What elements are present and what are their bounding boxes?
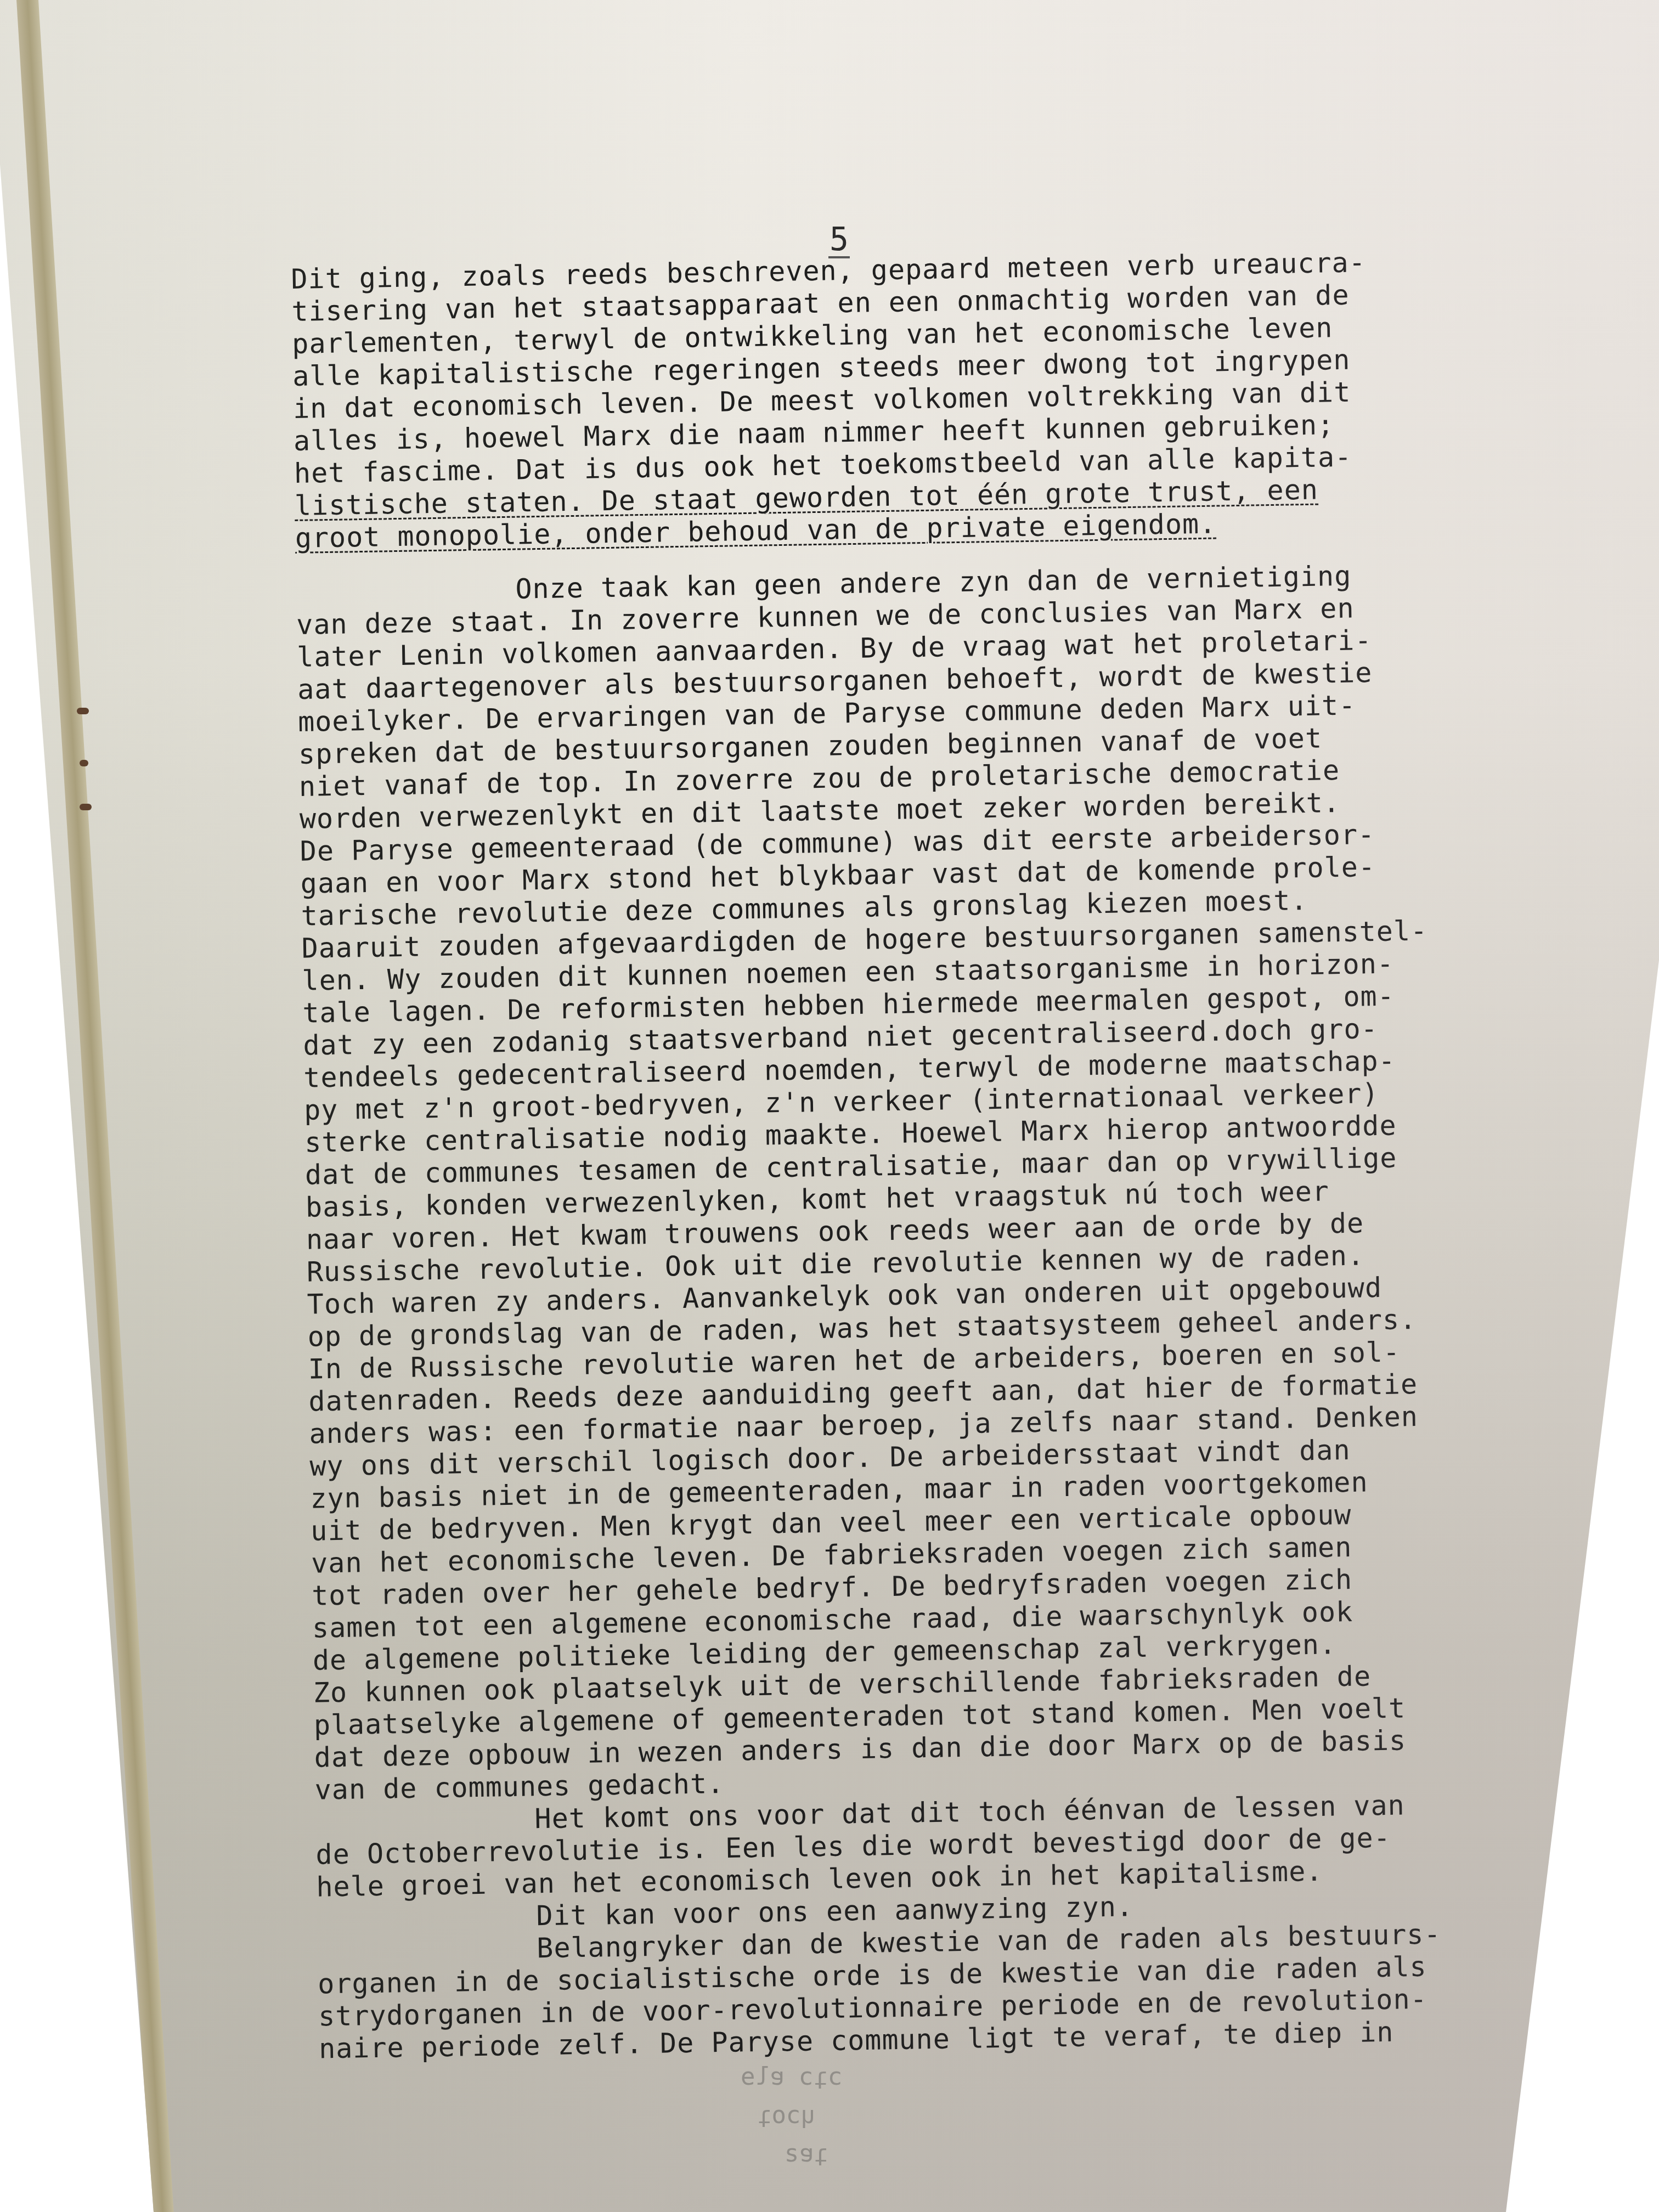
text-line: gaan en voor Marx stond het blykbaar vas… (300, 848, 1562, 900)
text-line: tendeels gedecentraliseerd noemden, terw… (303, 1042, 1566, 1094)
text-line: dat zy een zodanig staatsverband niet ge… (303, 1010, 1565, 1062)
text-line: tarische revolutie deze communes als gro… (301, 881, 1563, 933)
text-line: aat daartegenover als bestuursorganen be… (297, 654, 1560, 706)
text-line: Toch waren zy anders. Aanvankelyk ook va… (307, 1269, 1569, 1321)
text-line: spreken dat de bestuursorganen zouden be… (298, 719, 1561, 771)
text-line: dat de communes tesamen de centralisatie… (305, 1139, 1567, 1192)
text-line: in dat economisch leven. De meest volkom… (293, 373, 1555, 425)
bleed-through-text: ʇɐƨ (785, 2140, 828, 2168)
page-number: 5 (828, 222, 850, 258)
text-line: later Lenin volkomen aanvaarden. By de v… (297, 622, 1559, 674)
punch-hole (80, 804, 92, 810)
text-line: dat deze opbouw in wezen anders is dan d… (314, 1722, 1576, 1774)
text-line: van het economische leven. De fabrieksra… (311, 1528, 1573, 1580)
punch-hole (77, 708, 89, 714)
text-line: samen tot een algemene economische raad,… (312, 1593, 1575, 1645)
text-line: worden verwezenlykt en dit laatste moet … (299, 783, 1561, 836)
text-line: anders was: een formatie naar beroep, ja… (309, 1398, 1571, 1451)
text-line: van de communes gedacht. (314, 1754, 1577, 1807)
text-line: Zo kunnen ook plaatselyk uit de verschil… (313, 1657, 1575, 1709)
text-line: parlementen, terwyl de ontwikkeling van … (292, 308, 1554, 360)
text-line: Daaruit zouden afgevaardigden de hogere … (301, 913, 1564, 965)
text-line: zyn basis niet in de gemeenteraden, maar… (310, 1463, 1572, 1515)
text-line: wy ons dit verschil logisch door. De arb… (309, 1431, 1572, 1483)
page-edge-strip (16, 0, 174, 2212)
text-line: De Paryse gemeenteraad (de commune) was … (300, 816, 1562, 868)
text-line: op de grondslag van de raden, was het st… (307, 1301, 1570, 1353)
text-line: Dit kan voor ons een aanwyzing zyn. (317, 1884, 1579, 1936)
text-line: naire periode zelf. De Paryse commune li… (319, 2013, 1581, 2065)
text-line: alle kapitalistische regeringen steeds m… (292, 341, 1555, 393)
text-line: Onze taak kan geen andere zyn dan de ver… (296, 557, 1558, 609)
bleed-through-text: ɔʇɔ ɐlɘ (741, 2063, 842, 2091)
text-line: tale lagen. De reformisten hebben hierme… (302, 978, 1565, 1030)
text-line: Russische revolutie. Ook uit die revolut… (306, 1237, 1568, 1289)
text-line: moeilyker. De ervaringen van de Paryse c… (298, 686, 1560, 738)
text-line: van deze staat. In zoverre kunnen we de … (296, 589, 1559, 641)
text-line: de algemene politieke leiding der gemeen… (313, 1625, 1575, 1677)
text-line-underlined: groot monopolie, onder behoud van de pri… (295, 503, 1557, 555)
bleed-through-text: ɥɔoʇ (757, 2101, 815, 2129)
text-line: tot raden over her gehele bedryf. De bed… (312, 1560, 1574, 1612)
text-line: len. Wy zouden dit kunnen noemen een sta… (302, 945, 1564, 997)
text-line-underlined: listische staten. De staat geworden tot … (294, 470, 1556, 522)
text-line: tisering van het staatsapparaat en een o… (291, 276, 1554, 328)
text-line: hele groei van het economisch leven ook … (316, 1852, 1578, 1904)
text-line: alles is, hoewel Marx die naam nimmer he… (294, 405, 1556, 458)
text-line: de Octoberrevolutie is. Een les die word… (315, 1819, 1578, 1871)
text-line: organen in de socialistische orde is de … (318, 1948, 1580, 2000)
text-line: datenraden. Reeds deze aanduiding geeft … (308, 1366, 1571, 1418)
text-line: py met z'n groot-bedryven, z'n verkeer (… (304, 1075, 1566, 1127)
text-line: basis, konden verwezenlyken, komt het vr… (306, 1172, 1568, 1224)
text-line: strydorganen in de voor-revolutionnaire … (318, 1980, 1581, 2033)
document-page: 5 Dit ging, zoals reeds beschreven, gepa… (0, 0, 1659, 2212)
text-line: naar voren. Het kwam trouwens ook reeds … (306, 1204, 1568, 1256)
text-line: sterke centralisatie nodig maakte. Hoewe… (304, 1107, 1567, 1159)
text-line: Het komt ons voor dat dit toch éénvan de… (315, 1787, 1577, 1839)
punch-hole (80, 760, 88, 766)
text-line: het fascime. Dat is dus ook het toekomst… (294, 438, 1556, 490)
text-line: plaatselyke algemene of gemeenteraden to… (313, 1690, 1576, 1742)
typewritten-body: Dit ging, zoals reeds beschreven, gepaar… (291, 244, 1581, 2066)
text-line: Belangryker dan de kwestie van de raden … (317, 1916, 1579, 1968)
text-line: In de Russische revolutie waren het de a… (308, 1334, 1570, 1386)
text-line: uit de bedryven. Men krygt dan veel meer… (311, 1496, 1573, 1548)
text-line: Dit ging, zoals reeds beschreven, gepaar… (291, 244, 1553, 296)
text-line: niet vanaf de top. In zoverre zou de pro… (299, 751, 1561, 803)
